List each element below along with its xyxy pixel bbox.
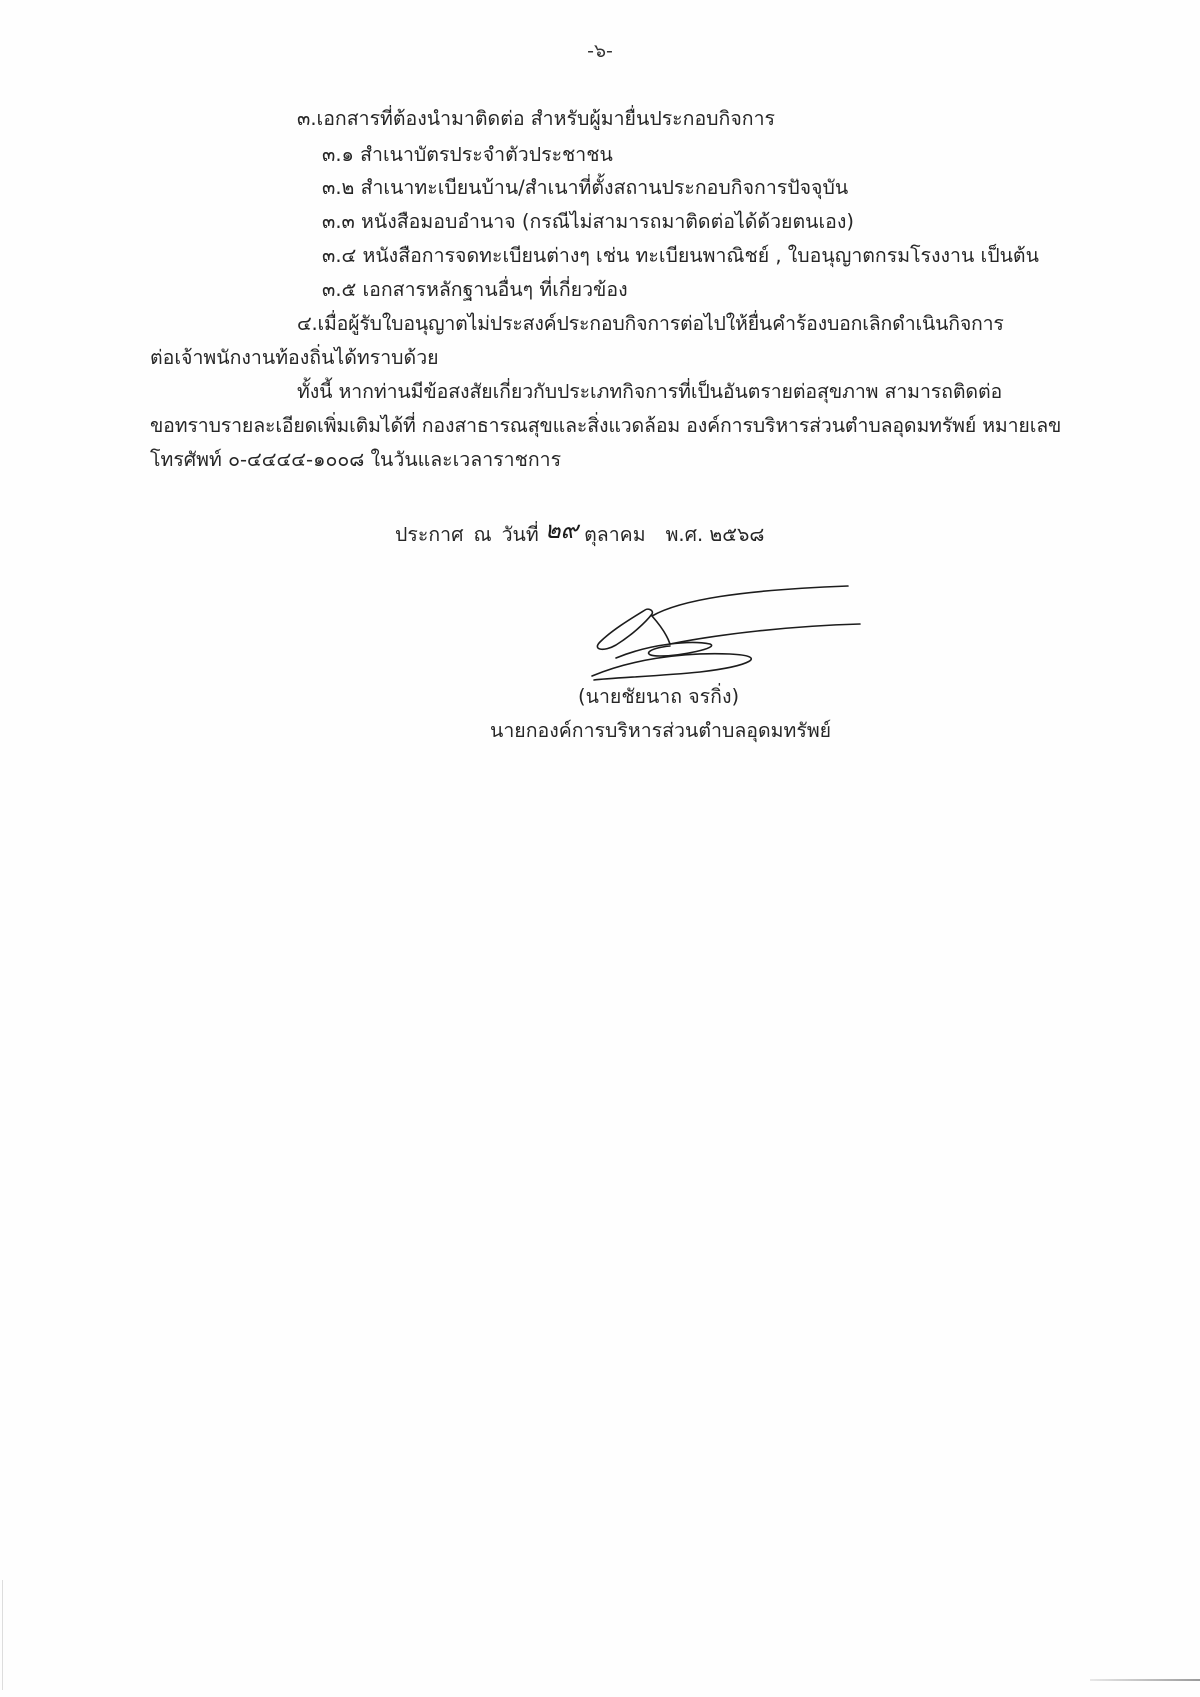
note-line-1: ทั้งนี้ หากท่านมีข้อสงสัยเกี่ยวกับประเภท… xyxy=(297,377,1002,407)
scan-edge-bottom xyxy=(1090,1679,1200,1681)
signer-name: (นายชัยนาถ จรกิ่ง) xyxy=(578,682,739,712)
announcement-at: ณ xyxy=(473,523,491,546)
note-line-2: ขอทราบรายละเอียดเพิ่มเติมได้ที่ กองสาธาร… xyxy=(150,411,1061,441)
page-number: -๖- xyxy=(0,36,1200,66)
scan-edge-left xyxy=(2,1580,3,1690)
signature-icon xyxy=(570,580,870,690)
month: ตุลาคม xyxy=(584,523,645,546)
list-item-3-3: ๓.๓ หนังสือมอบอำนาจ (กรณีไม่สามารถมาติดต… xyxy=(322,207,854,237)
document-page: -๖- ๓.เอกสารที่ต้องนำมาติดต่อ สำหรับผู้ม… xyxy=(0,0,1200,1697)
list-item-3-1: ๓.๑ สำเนาบัตรประจำตัวประชาชน xyxy=(322,140,613,170)
section-3-heading: ๓.เอกสารที่ต้องนำมาติดต่อ สำหรับผู้มายื่… xyxy=(297,104,775,134)
note-line-3: โทรศัพท์ ๐-๔๔๔๔-๑๐๐๘ ในวันและเวลาราชการ xyxy=(150,445,561,475)
list-item-3-5: ๓.๕ เอกสารหลักฐานอื่นๆ ที่เกี่ยวข้อง xyxy=(322,275,628,305)
handwritten-day: ๒๙ xyxy=(545,515,578,545)
list-item-3-2: ๓.๒ สำเนาทะเบียนบ้าน/สำเนาที่ตั้งสถานประ… xyxy=(322,173,848,203)
day-label: วันที่ xyxy=(502,523,539,546)
year: ๒๕๖๘ xyxy=(709,523,764,546)
signer-title: นายกองค์การบริหารส่วนตำบลอุดมทรัพย์ xyxy=(490,716,831,746)
section-4-line-1: ๔.เมื่อผู้รับใบอนุญาตไม่ประสงค์ประกอบกิจ… xyxy=(297,309,1004,339)
announcement-date-line: ประกาศณวันที่๒๙ตุลาคมพ.ศ. ๒๕๖๘ xyxy=(395,518,764,550)
announcement-prefix: ประกาศ xyxy=(395,523,463,546)
era-label: พ.ศ. xyxy=(666,523,704,546)
section-4-line-2: ต่อเจ้าพนักงานท้องถิ่นได้ทราบด้วย xyxy=(150,343,439,373)
list-item-3-4: ๓.๔ หนังสือการจดทะเบียนต่างๆ เช่น ทะเบีย… xyxy=(322,241,1039,271)
